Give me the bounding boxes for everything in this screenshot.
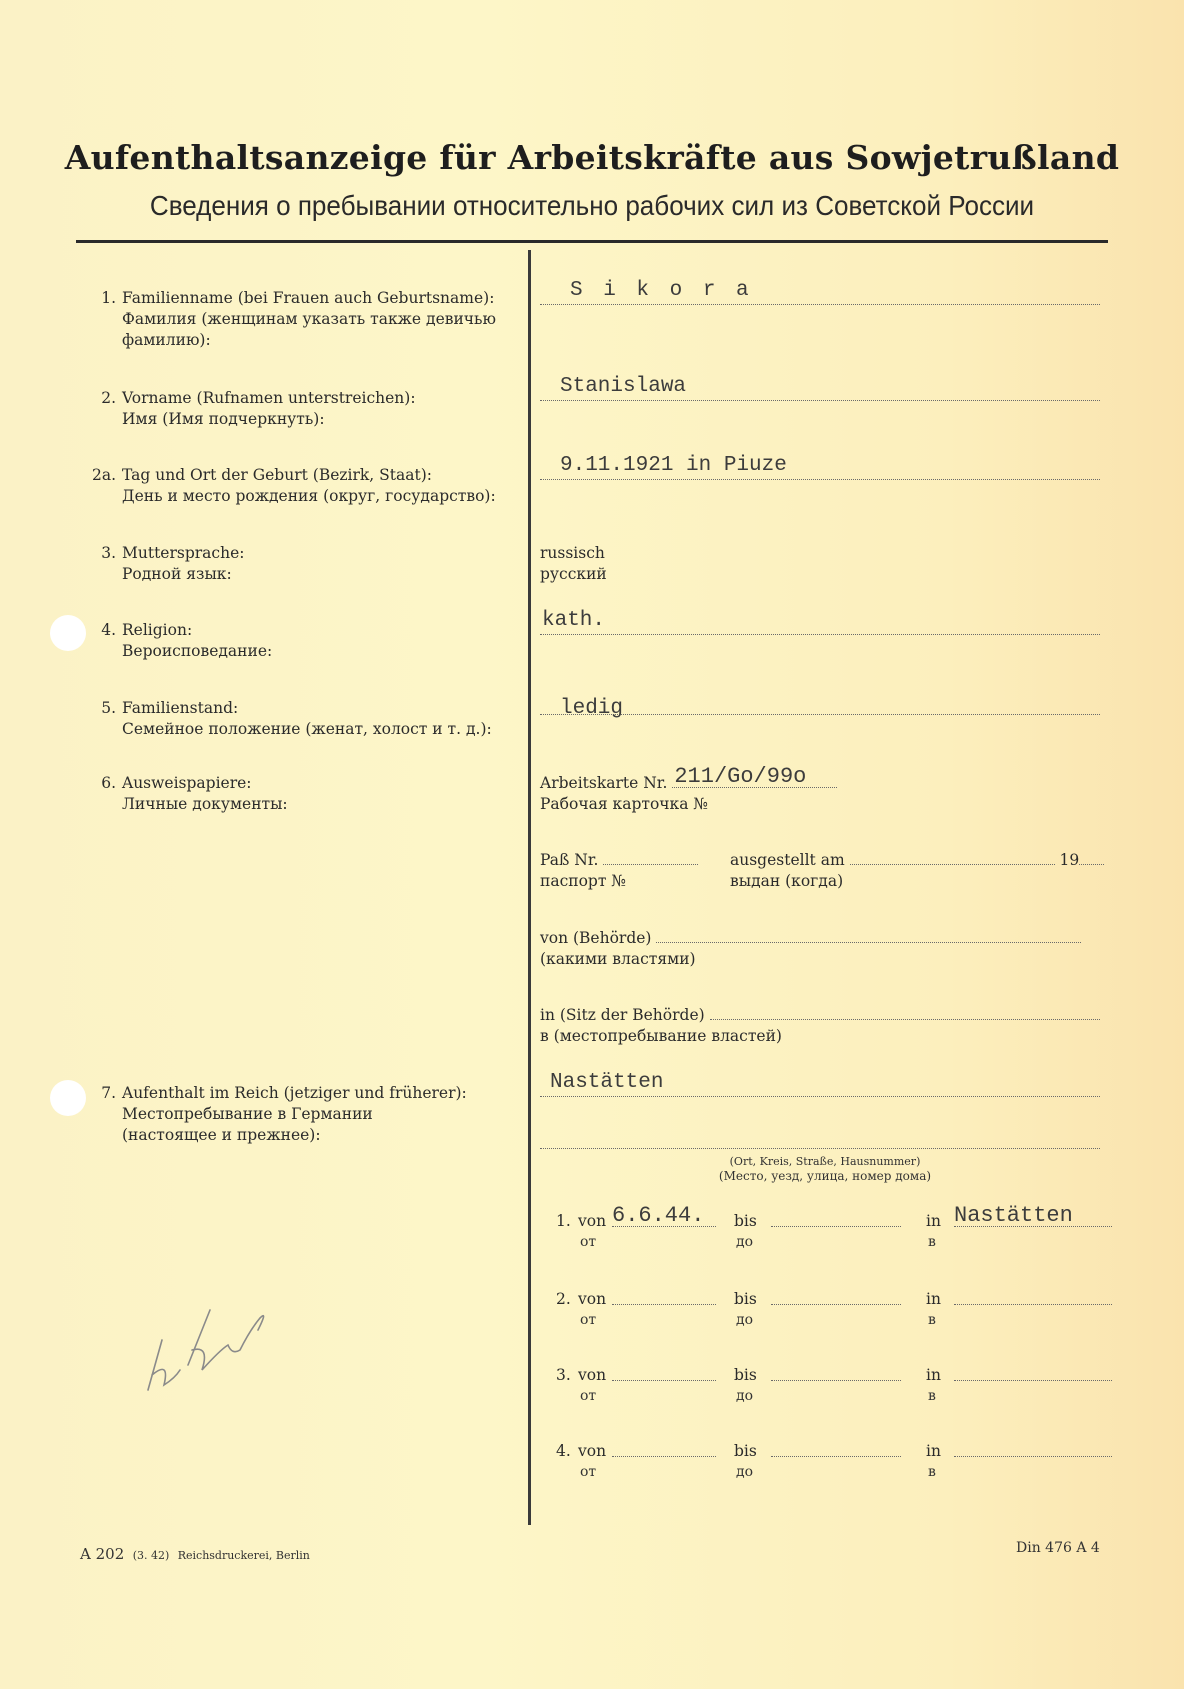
label-de: Familienstand: bbox=[122, 699, 238, 717]
label-ru: Родной язык: bbox=[80, 564, 244, 585]
family-name-field[interactable]: S i k o r a bbox=[540, 280, 1100, 305]
label-ru: Вероисповедание: bbox=[80, 641, 272, 662]
work-card-value: 211/Go/99o bbox=[674, 766, 806, 787]
stay-1-in-field[interactable]: Nastätten bbox=[954, 1212, 1112, 1227]
label-ru: Семейное положение (женат, холост и т. д… bbox=[80, 719, 492, 740]
issued-date-field[interactable] bbox=[850, 850, 1055, 865]
column-divider bbox=[528, 250, 531, 1525]
work-card-field[interactable]: 211/Go/99o bbox=[672, 773, 837, 788]
stay-3-to-field[interactable] bbox=[771, 1366, 901, 1381]
passport-row: Paß Nr. паспорт № bbox=[540, 850, 698, 892]
form-title-russian: Сведения о пребывании относительно рабоч… bbox=[41, 190, 1142, 222]
first-name-value: Stanislawa bbox=[560, 375, 686, 398]
form-edition: (3. 42) bbox=[133, 1549, 170, 1562]
label-de: Vorname (Rufnamen unterstreichen): bbox=[122, 389, 416, 407]
stay-2-in-field[interactable] bbox=[954, 1290, 1112, 1305]
birth-field[interactable]: 9.11.1921 in Piuze bbox=[540, 455, 1100, 480]
label-ru: Местопребывание в Германии bbox=[80, 1104, 467, 1125]
title-divider bbox=[76, 240, 1108, 243]
label-ru: Личные документы: bbox=[80, 794, 288, 815]
label-de: Religion: bbox=[122, 621, 192, 639]
label-ru-cont: фамилию): bbox=[80, 330, 496, 351]
form-title-german: Aufenthaltsanzeige für Arbeitskräfte aus… bbox=[0, 138, 1184, 177]
stay-3-in-field[interactable] bbox=[954, 1366, 1112, 1381]
label-ru: День и место рождения (округ, государств… bbox=[80, 486, 496, 507]
authority-seat-field[interactable] bbox=[710, 1005, 1100, 1020]
work-card-row: Arbeitskarte Nr. 211/Go/99o Рабочая карт… bbox=[540, 773, 837, 815]
issued-year-field[interactable] bbox=[1079, 850, 1104, 865]
question-residence: 7.Aufenthalt im Reich (jetziger und früh… bbox=[80, 1083, 467, 1146]
label-ru-cont: (настоящее и прежнее): bbox=[80, 1125, 467, 1146]
label-de: Tag und Ort der Geburt (Bezirk, Staat): bbox=[122, 466, 432, 484]
question-first-name: 2.Vorname (Rufnamen unterstreichen): Имя… bbox=[80, 388, 416, 430]
issued-row: ausgestellt am 19 выдан (когда) bbox=[730, 850, 1104, 892]
label-ru: Имя (Имя подчеркнуть): bbox=[80, 409, 416, 430]
question-family-name: 1.Familienname (bei Frauen auch Geburtsn… bbox=[80, 288, 496, 351]
label-ru: Фамилия (женщинам указать также девичью bbox=[80, 309, 496, 330]
question-birth: 2a.Tag und Ort der Geburt (Bezirk, Staat… bbox=[80, 465, 496, 507]
form-printer: Reichsdruckerei, Berlin bbox=[178, 1549, 310, 1562]
authority-field[interactable] bbox=[656, 928, 1081, 943]
address-caption: (Ort, Kreis, Straße, Hausnummer) (Место,… bbox=[540, 1155, 1110, 1183]
religion-value: kath. bbox=[542, 609, 605, 632]
stay-4-in-field[interactable] bbox=[954, 1442, 1112, 1457]
stay-1-to-field[interactable] bbox=[771, 1212, 901, 1227]
residence-field[interactable]: Nastätten bbox=[540, 1072, 1100, 1097]
label-de: Muttersprache: bbox=[122, 544, 244, 562]
question-id-papers: 6.Ausweispapiere: Личные документы: bbox=[80, 773, 288, 815]
marital-status-value: ledig bbox=[560, 697, 623, 720]
question-religion: 4.Religion: Вероисповедание: bbox=[80, 620, 272, 662]
question-marital-status: 5.Familienstand: Семейное положение (жен… bbox=[80, 698, 492, 740]
authority-row: von (Behörde) (какими властями) bbox=[540, 928, 1081, 970]
first-name-field[interactable]: Stanislawa bbox=[540, 376, 1100, 401]
label-de: Familienname (bei Frauen auch Geburtsnam… bbox=[122, 289, 494, 307]
family-name-value: S i k o r a bbox=[570, 279, 753, 302]
stay-2-from-field[interactable] bbox=[612, 1290, 716, 1305]
residence-field-line2[interactable] bbox=[540, 1128, 1100, 1149]
passport-number-field[interactable] bbox=[603, 850, 698, 865]
stay-row-1: 1. von 6.6.44. bis in Nastätten от до в bbox=[556, 1212, 1111, 1256]
label-de: Aufenthalt im Reich (jetziger und früher… bbox=[122, 1084, 467, 1102]
form-code: A 202 bbox=[80, 1545, 124, 1563]
residence-value: Nastätten bbox=[550, 1071, 663, 1094]
form-footer-left: A 202 (3. 42) Reichsdruckerei, Berlin bbox=[80, 1545, 310, 1563]
question-mother-tongue: 3.Muttersprache: Родной язык: bbox=[80, 543, 244, 585]
mother-tongue-value: russisch русский bbox=[540, 543, 607, 585]
stay-row-4: 4. von bis in от до в bbox=[556, 1442, 1111, 1486]
label-de: Ausweispapiere: bbox=[122, 774, 252, 792]
marital-status-field[interactable]: ledig bbox=[540, 690, 1100, 715]
stay-4-from-field[interactable] bbox=[612, 1442, 716, 1457]
stay-row-2: 2. von bis in от до в bbox=[556, 1290, 1111, 1334]
signature-scribble bbox=[140, 1290, 290, 1400]
stay-2-to-field[interactable] bbox=[771, 1290, 901, 1305]
stay-3-from-field[interactable] bbox=[612, 1366, 716, 1381]
religion-field[interactable]: kath. bbox=[540, 610, 1100, 635]
stay-1-from-field[interactable]: 6.6.44. bbox=[612, 1212, 716, 1227]
birth-value: 9.11.1921 in Piuze bbox=[560, 454, 787, 477]
stay-4-to-field[interactable] bbox=[771, 1442, 901, 1457]
din-format: Din 476 A 4 bbox=[1016, 1540, 1100, 1556]
authority-seat-row: in (Sitz der Behörde) в (местопребывание… bbox=[540, 1005, 1100, 1047]
stay-row-3: 3. von bis in от до в bbox=[556, 1366, 1111, 1410]
